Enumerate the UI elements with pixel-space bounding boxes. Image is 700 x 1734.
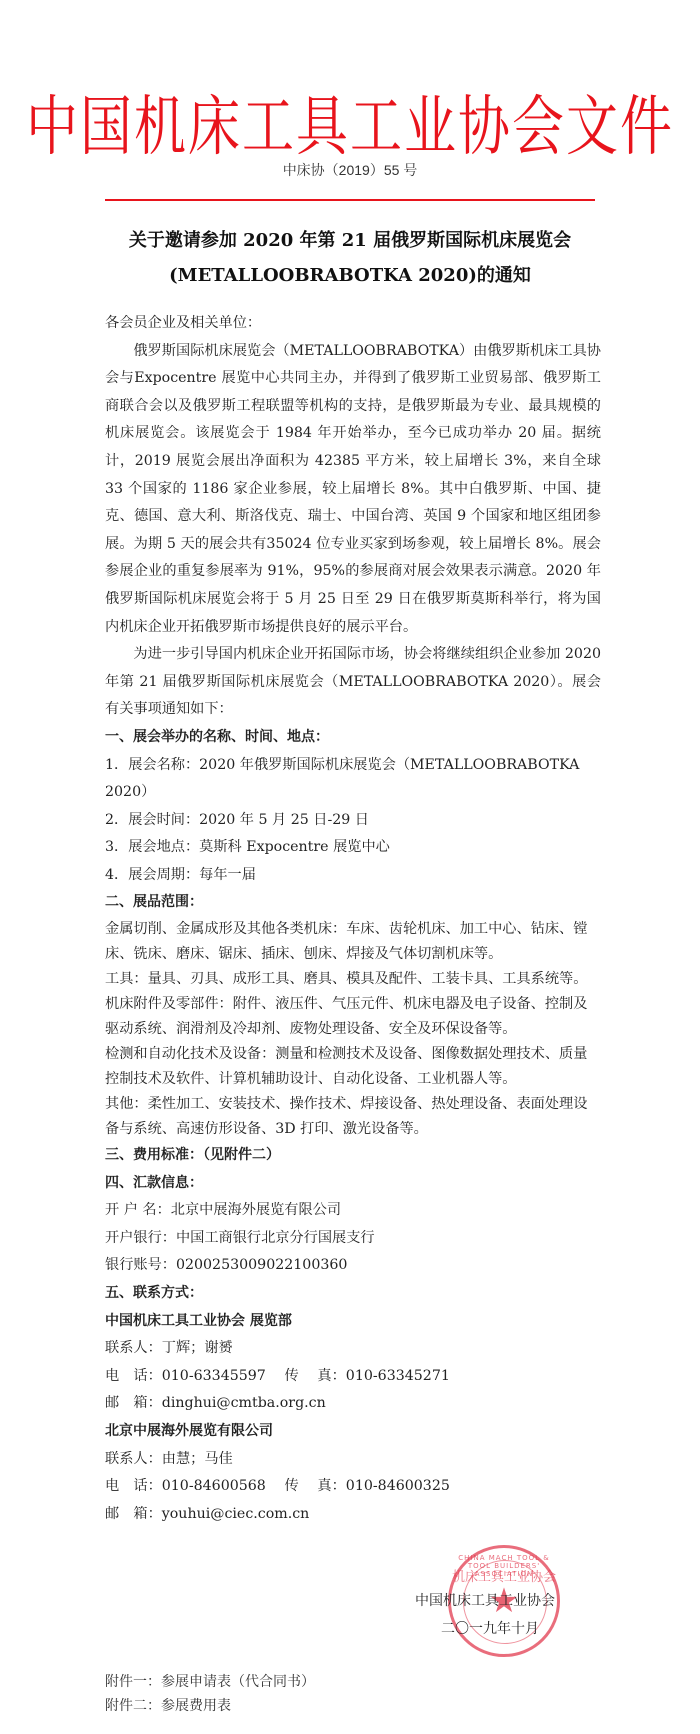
document-body: 各会员企业及相关单位： 俄罗斯国际机床展览会（METALLOOBRABOTKA）… [105,310,601,1528]
attachment-list: 附件一：参展申请表（代合同书） 附件二：参展费用表 [105,1670,315,1718]
contact-email-2[interactable]: 邮 箱：youhui@ciec.com.cn [105,1501,601,1529]
salutation: 各会员企业及相关单位： [105,310,601,338]
contact-phone-2: 电 话：010-84600568 传 真：010-84600325 [105,1473,601,1501]
section-heading-2: 二、展品范围： [105,889,601,917]
exhibit-category: 其他：柔性加工、安装技术、操作技术、焊接设备、热处理设备、表面处理设备与系统、高… [105,1092,601,1142]
exhibit-category: 工具：量具、刃具、成形工具、磨具、模具及配件、工装卡具、工具系统等。 [105,967,601,992]
intro-paragraph: 俄罗斯国际机床展览会（METALLOOBRABOTKA）由俄罗斯机床工具协会与E… [105,338,601,642]
contact-phone-1: 电 话：010-63345597 传 真：010-63345271 [105,1363,601,1391]
signature-org: 中国机床工具工业协会 [405,1590,565,1610]
document-number: 中床协（2019）55 号 [0,160,700,180]
bank-name: 开户银行：中国工商银行北京分行国展支行 [105,1225,601,1253]
notice-title-line1: 关于邀请参加 2020 年第 21 届俄罗斯国际机床展览会 [0,226,700,252]
section-heading-1: 一、展会举办的名称、时间、地点： [105,724,601,752]
contact-persons-2: 联系人：由慧；马佳 [105,1446,601,1474]
exhibit-category: 检测和自动化技术及设备：测量和检测技术及设备、图像数据处理技术、质量控制技术及软… [105,1042,601,1092]
section-heading-3: 三、费用标准：（见附件二） [105,1142,601,1170]
header-divider [105,199,595,201]
contact-persons-1: 联系人：丁辉；谢赟 [105,1335,601,1363]
contact-org-1: 中国机床工具工业协会 展览部 [105,1308,601,1336]
list-item: 1．展会名称：2020 年俄罗斯国际机床展览会（METALLOOBRABOTKA… [105,752,601,807]
section-heading-4: 四、汇款信息： [105,1170,601,1198]
invitation-paragraph: 为进一步引导国内机床企业开拓国际市场，协会将继续组织企业参加 2020 年第 2… [105,641,601,724]
attachment-item: 附件一：参展申请表（代合同书） [105,1670,315,1694]
signature-date: 二〇一九年十月 [415,1618,565,1638]
list-item: 2．展会时间：2020 年 5 月 25 日-29 日 [105,807,601,835]
contact-org-2: 北京中展海外展览有限公司 [105,1418,601,1446]
contact-email-1[interactable]: 邮 箱：dinghui@cmtba.org.cn [105,1390,601,1418]
list-item: 4．展会周期：每年一届 [105,862,601,890]
document-header-title: 中国机床工具工业协会文件 [0,92,700,162]
list-item: 3．展会地点：莫斯科 Expocentre 展览中心 [105,834,601,862]
account-name: 开 户 名：北京中展海外展览有限公司 [105,1197,601,1225]
account-number: 银行账号：0200253009022100360 [105,1252,601,1280]
notice-title-line2: (METALLOOBRABOTKA 2020)的通知 [0,261,700,287]
attachment-item: 附件二：参展费用表 [105,1694,315,1718]
section-heading-5: 五、联系方式： [105,1280,601,1308]
exhibit-category: 机床附件及零部件：附件、液压件、气压元件、机床电器及电子设备、控制及驱动系统、润… [105,992,601,1042]
exhibit-category: 金属切削、金属成形及其他各类机床：车床、齿轮机床、加工中心、钻床、镗床、铣床、磨… [105,917,601,967]
